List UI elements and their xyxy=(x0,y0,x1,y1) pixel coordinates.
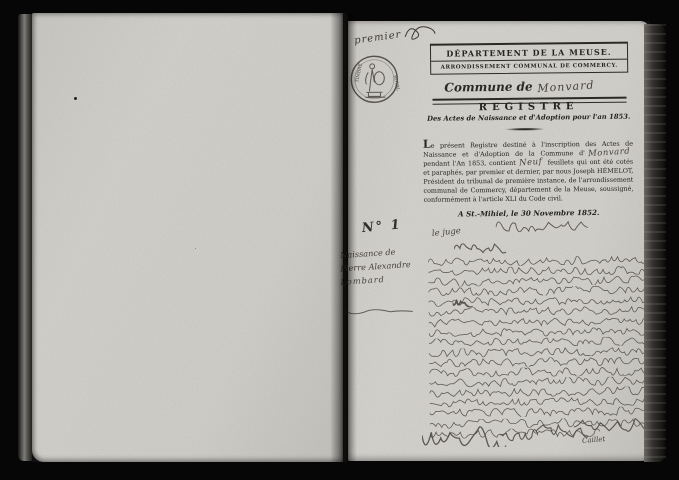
book-gutter-shadow xyxy=(330,13,357,462)
act-signature-name: Caillet xyxy=(582,435,606,445)
book-page-stack-edge-left xyxy=(18,14,32,461)
paper-texture xyxy=(32,13,343,462)
act-signature-scribble xyxy=(422,423,506,452)
right-page: premier TIMBRE ROYAL DÉPAR xyxy=(348,21,650,461)
act-signatures: Caillet xyxy=(346,19,653,462)
book-page-stack-edge-right xyxy=(644,24,666,462)
page-edge-streaks xyxy=(644,24,666,462)
paper-speck xyxy=(74,97,77,100)
left-page-blank xyxy=(32,13,343,462)
act-signature-scribble xyxy=(500,427,538,446)
register-book-scan: premier TIMBRE ROYAL DÉPAR xyxy=(0,0,679,480)
right-page-content: premier TIMBRE ROYAL DÉPAR xyxy=(346,19,653,462)
